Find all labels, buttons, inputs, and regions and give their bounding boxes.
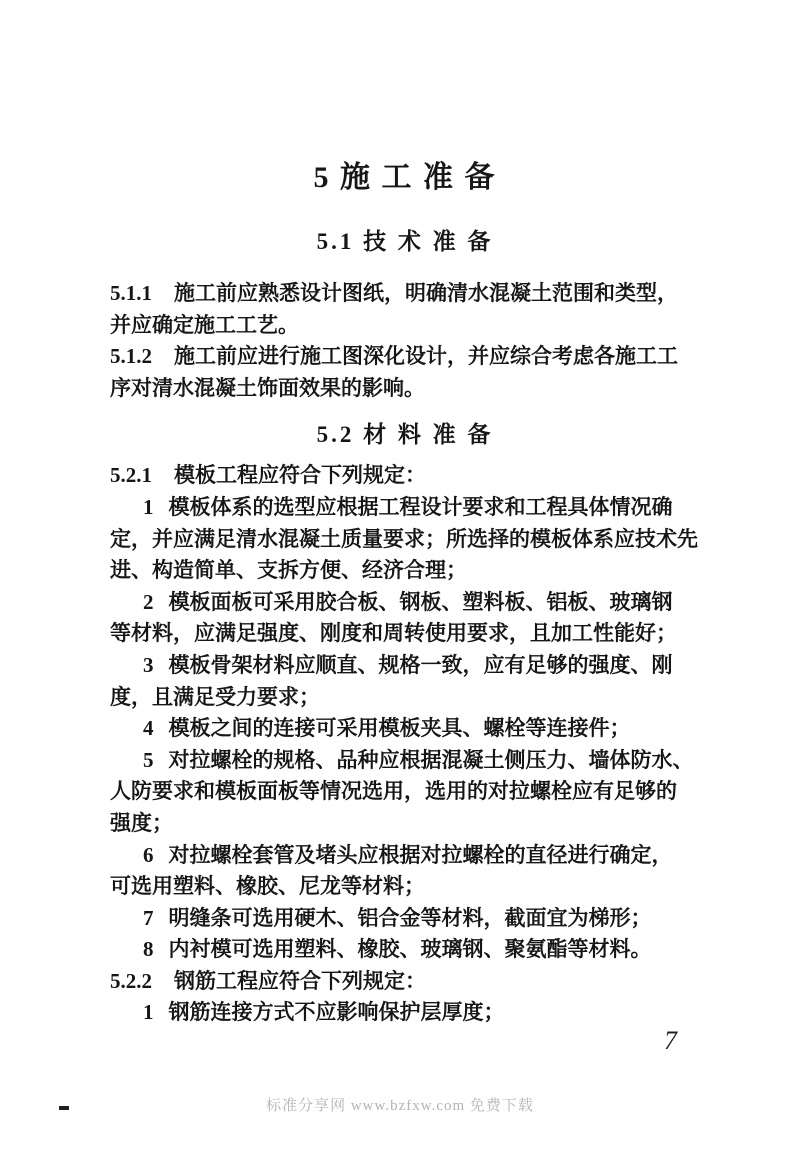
continuation-line: 度，且满足受力要求； xyxy=(110,682,710,714)
continuation-line: 人防要求和模板面板等情况选用，选用的对拉螺栓应有足够的 xyxy=(110,776,710,808)
line-text: 对拉螺栓套管及堵头应根据对拉螺栓的直径进行确定， xyxy=(169,843,673,867)
line-text: 施工前应熟悉设计图纸，明确清水混凝土范围和类型， xyxy=(174,281,678,305)
item-line: 1模板体系的选型应根据工程设计要求和工程具体情况确 xyxy=(110,492,710,524)
item-number: 7 xyxy=(143,906,154,930)
item-number: 6 xyxy=(143,843,154,867)
line-text: 模板工程应符合下列规定： xyxy=(174,463,426,487)
section-heading: 5.2 材 料 准 备 xyxy=(100,420,710,450)
item-number: 1 xyxy=(143,495,154,519)
continuation-line: 进、构造简单、支拆方便、经济合理； xyxy=(110,555,710,587)
item-line: 5对拉螺栓的规格、品种应根据混凝土侧压力、墙体防水、 xyxy=(110,745,710,777)
document-lines: 5 施 工 准 备5.1 技 术 准 备5.1.1施工前应熟悉设计图纸，明确清水… xyxy=(110,158,710,1029)
clause-number: 5.1.2 xyxy=(110,344,152,368)
item-line: 3模板骨架材料应顺直、规格一致，应有足够的强度、刚 xyxy=(110,650,710,682)
continuation-line: 并应确定施工工艺。 xyxy=(110,310,710,342)
line-text: 模板骨架材料应顺直、规格一致，应有足够的强度、刚 xyxy=(169,653,673,677)
continuation-line: 可选用塑料、橡胶、尼龙等材料； xyxy=(110,871,710,903)
item-number: 1 xyxy=(143,1000,154,1024)
clause-line: 5.1.2施工前应进行施工图深化设计，并应综合考虑各施工工 xyxy=(110,341,710,373)
line-text: 模板之间的连接可采用模板夹具、螺栓等连接件； xyxy=(169,716,631,740)
clause-number: 5.1.1 xyxy=(110,281,152,305)
clause-line: 5.2.1模板工程应符合下列规定： xyxy=(110,460,710,492)
line-text: 钢筋工程应符合下列规定： xyxy=(174,969,426,993)
clause-line: 5.1.1施工前应熟悉设计图纸，明确清水混凝土范围和类型， xyxy=(110,278,710,310)
item-line: 8内衬模可选用塑料、橡胶、玻璃钢、聚氨酯等材料。 xyxy=(110,934,710,966)
continuation-line: 序对清水混凝土饰面效果的影响。 xyxy=(110,373,710,405)
clause-number: 5.2.2 xyxy=(110,969,152,993)
item-line: 1钢筋连接方式不应影响保护层厚度； xyxy=(110,997,710,1029)
line-text: 钢筋连接方式不应影响保护层厚度； xyxy=(169,1000,505,1024)
item-line: 6对拉螺栓套管及堵头应根据对拉螺栓的直径进行确定， xyxy=(110,840,710,872)
item-number: 8 xyxy=(143,937,154,961)
watermark-text: 标准分享网 www.bzfxw.com 免费下载 xyxy=(0,1094,800,1115)
continuation-line: 强度； xyxy=(110,808,710,840)
line-text: 明缝条可选用硬木、铝合金等材料，截面宜为梯形； xyxy=(169,906,652,930)
line-text: 对拉螺栓的规格、品种应根据混凝土侧压力、墙体防水、 xyxy=(169,748,694,772)
line-text: 施工前应进行施工图深化设计，并应综合考虑各施工工 xyxy=(174,344,678,368)
item-number: 2 xyxy=(143,590,154,614)
line-text: 模板面板可采用胶合板、钢板、塑料板、铝板、玻璃钢 xyxy=(169,590,673,614)
continuation-line: 定，并应满足清水混凝土质量要求；所选择的模板体系应技术先 xyxy=(110,524,710,556)
item-number: 4 xyxy=(143,716,154,740)
section-heading: 5.1 技 术 准 备 xyxy=(100,227,710,257)
page-number: 7 xyxy=(664,1026,677,1056)
item-line: 2模板面板可采用胶合板、钢板、塑料板、铝板、玻璃钢 xyxy=(110,587,710,619)
clause-line: 5.2.2钢筋工程应符合下列规定： xyxy=(110,966,710,998)
line-text: 内衬模可选用塑料、橡胶、玻璃钢、聚氨酯等材料。 xyxy=(169,937,652,961)
item-line: 4模板之间的连接可采用模板夹具、螺栓等连接件； xyxy=(110,713,710,745)
chapter-heading: 5 施 工 准 备 xyxy=(100,158,710,198)
line-text: 模板体系的选型应根据工程设计要求和工程具体情况确 xyxy=(169,495,673,519)
clause-number: 5.2.1 xyxy=(110,463,152,487)
item-number: 3 xyxy=(143,653,154,677)
item-number: 5 xyxy=(143,748,154,772)
item-line: 7明缝条可选用硬木、铝合金等材料，截面宜为梯形； xyxy=(110,903,710,935)
document-page: 5 施 工 准 备5.1 技 术 准 备5.1.1施工前应熟悉设计图纸，明确清水… xyxy=(0,0,800,1157)
continuation-line: 等材料，应满足强度、刚度和周转使用要求，且加工性能好； xyxy=(110,618,710,650)
